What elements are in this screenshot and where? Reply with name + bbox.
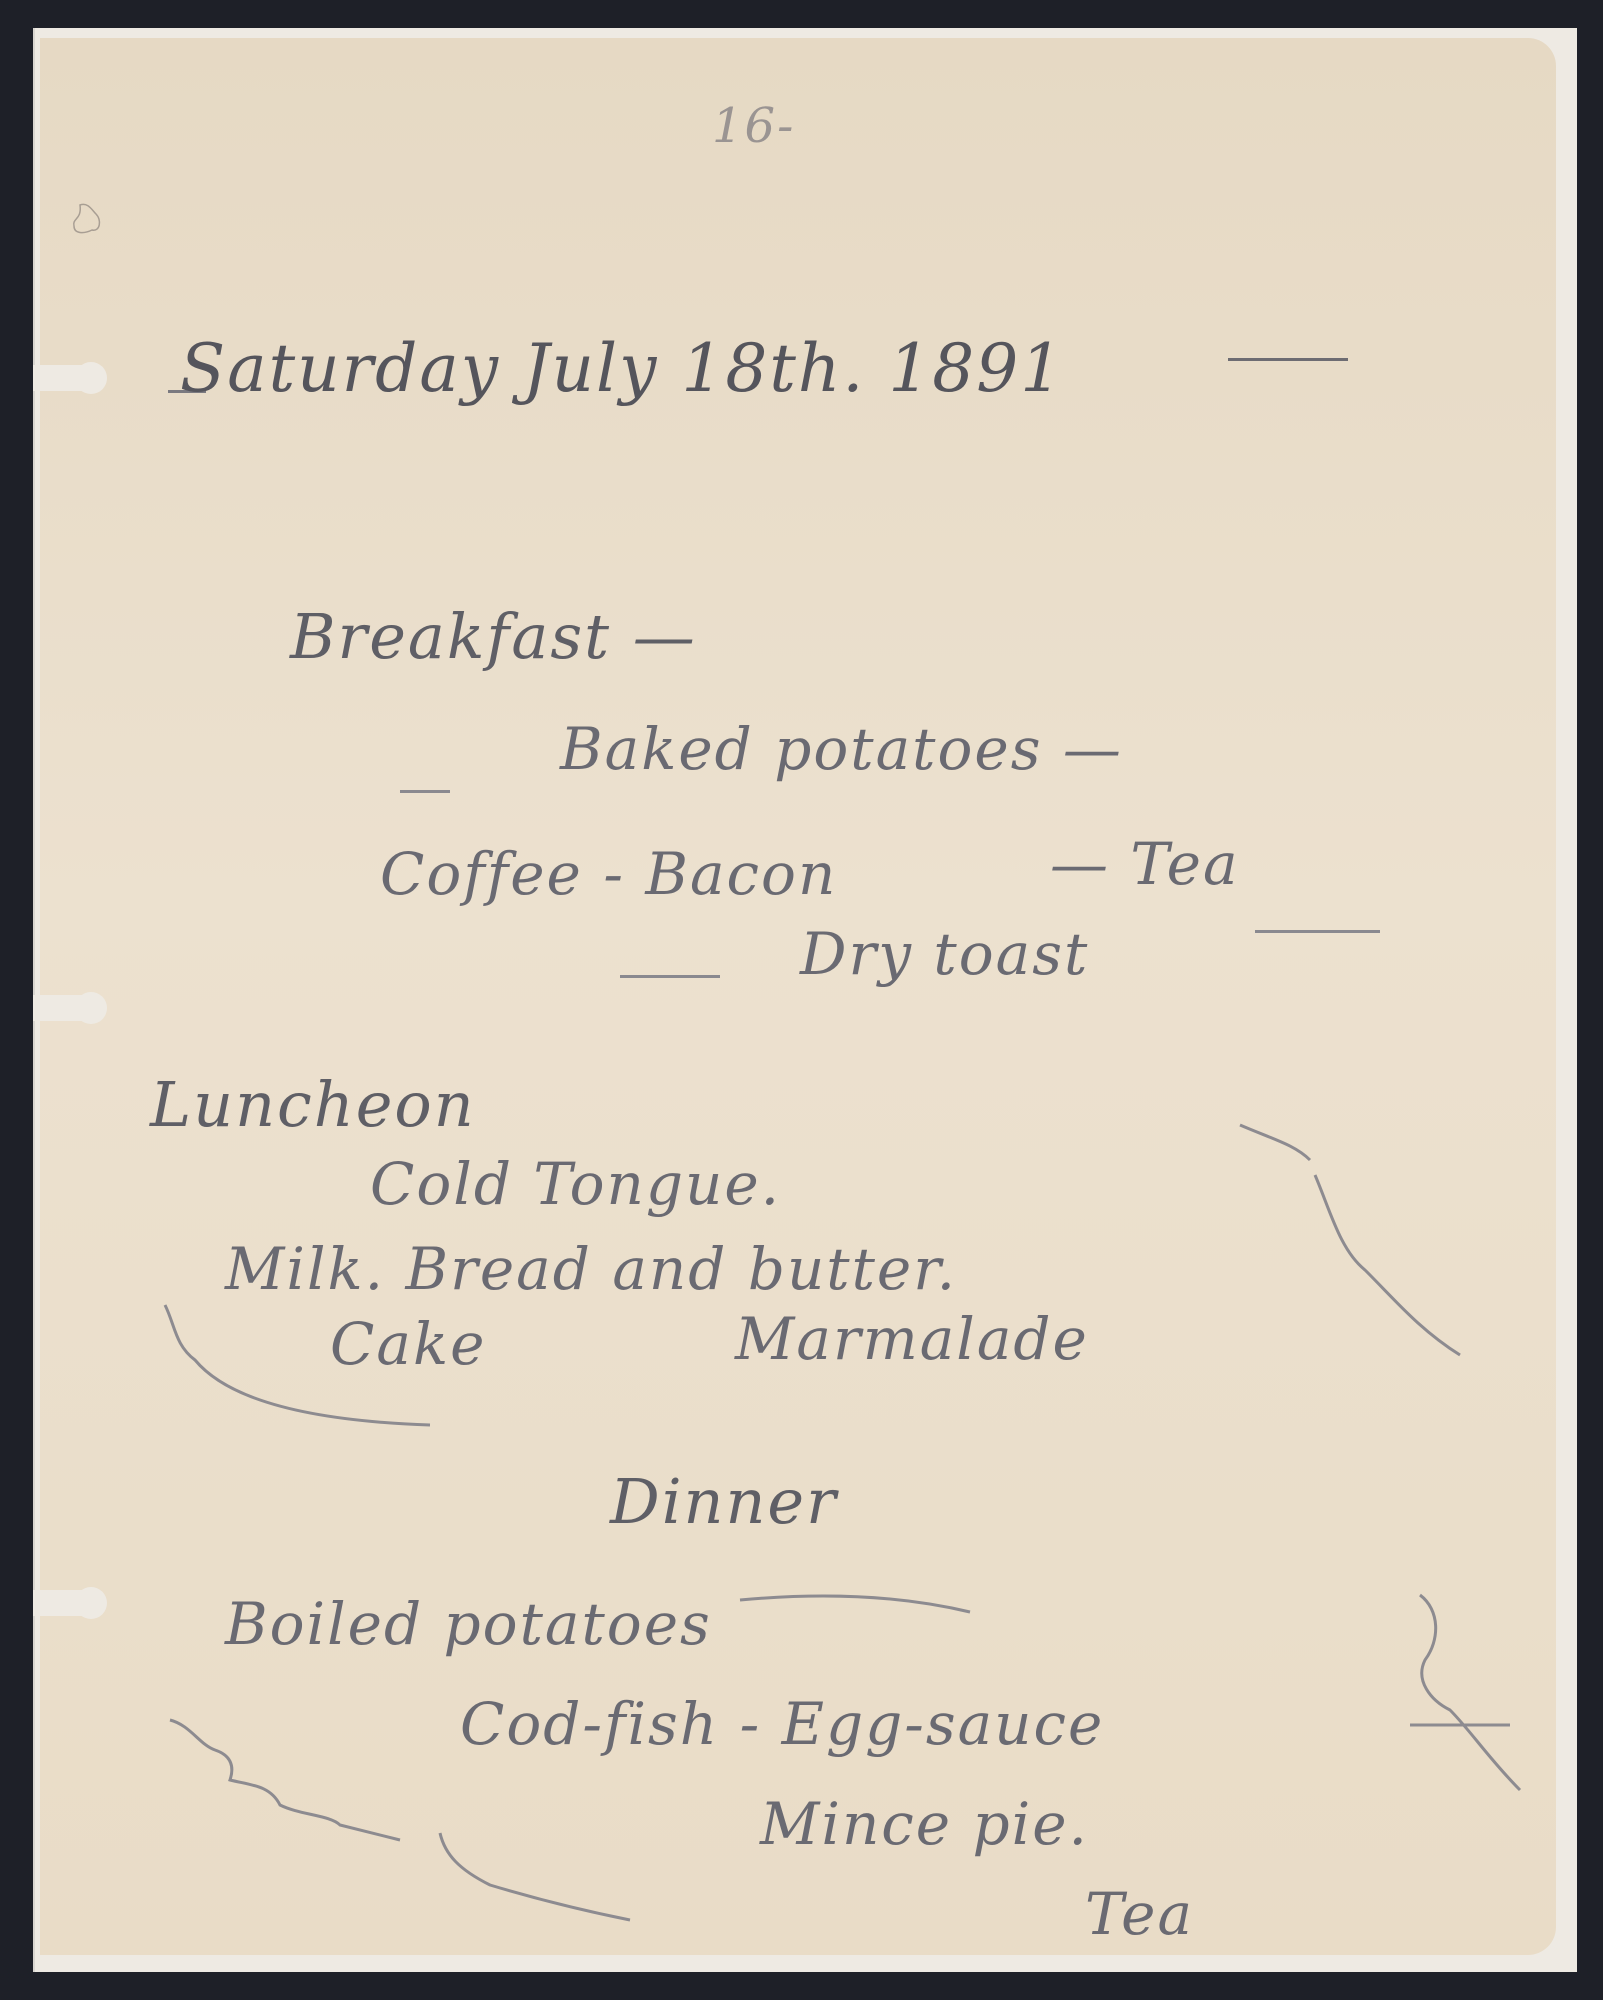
dash: [400, 790, 450, 793]
menu-item: Milk. Bread and butter.: [225, 1235, 957, 1303]
dash: [1228, 358, 1348, 361]
menu-item: — Tea: [1050, 830, 1240, 898]
section-heading-breakfast: Breakfast —: [290, 600, 697, 673]
date-line: Saturday July 18th. 1891: [180, 330, 1064, 407]
menu-item: Mince pie.: [760, 1790, 1089, 1858]
underline-mark: [735, 1590, 975, 1620]
punch-hole: [33, 365, 93, 391]
dash: [620, 975, 720, 978]
dash: [1255, 930, 1380, 933]
section-heading-dinner: Dinner: [610, 1465, 838, 1538]
squiggle-mark: [160, 1705, 640, 1925]
section-heading-luncheon: Luncheon: [150, 1068, 476, 1141]
page-number: 16-: [712, 98, 795, 154]
bracket-mark: [1235, 1120, 1465, 1360]
punch-hole: [33, 1590, 93, 1616]
menu-item: Marmalade: [735, 1305, 1089, 1373]
menu-item: Tea: [1085, 1880, 1194, 1948]
menu-item: Baked potatoes —: [560, 715, 1123, 783]
menu-item: Coffee - Bacon: [380, 840, 837, 908]
bracket-mark: [160, 1300, 440, 1440]
bracket-mark: [1410, 1590, 1570, 1800]
menu-item: Cold Tongue.: [370, 1150, 781, 1218]
menu-item: Boiled potatoes: [225, 1590, 712, 1658]
punch-hole: [33, 995, 93, 1021]
paper-page: [40, 38, 1556, 1955]
stain-mark: [70, 200, 110, 245]
menu-item: Dry toast: [800, 920, 1089, 988]
